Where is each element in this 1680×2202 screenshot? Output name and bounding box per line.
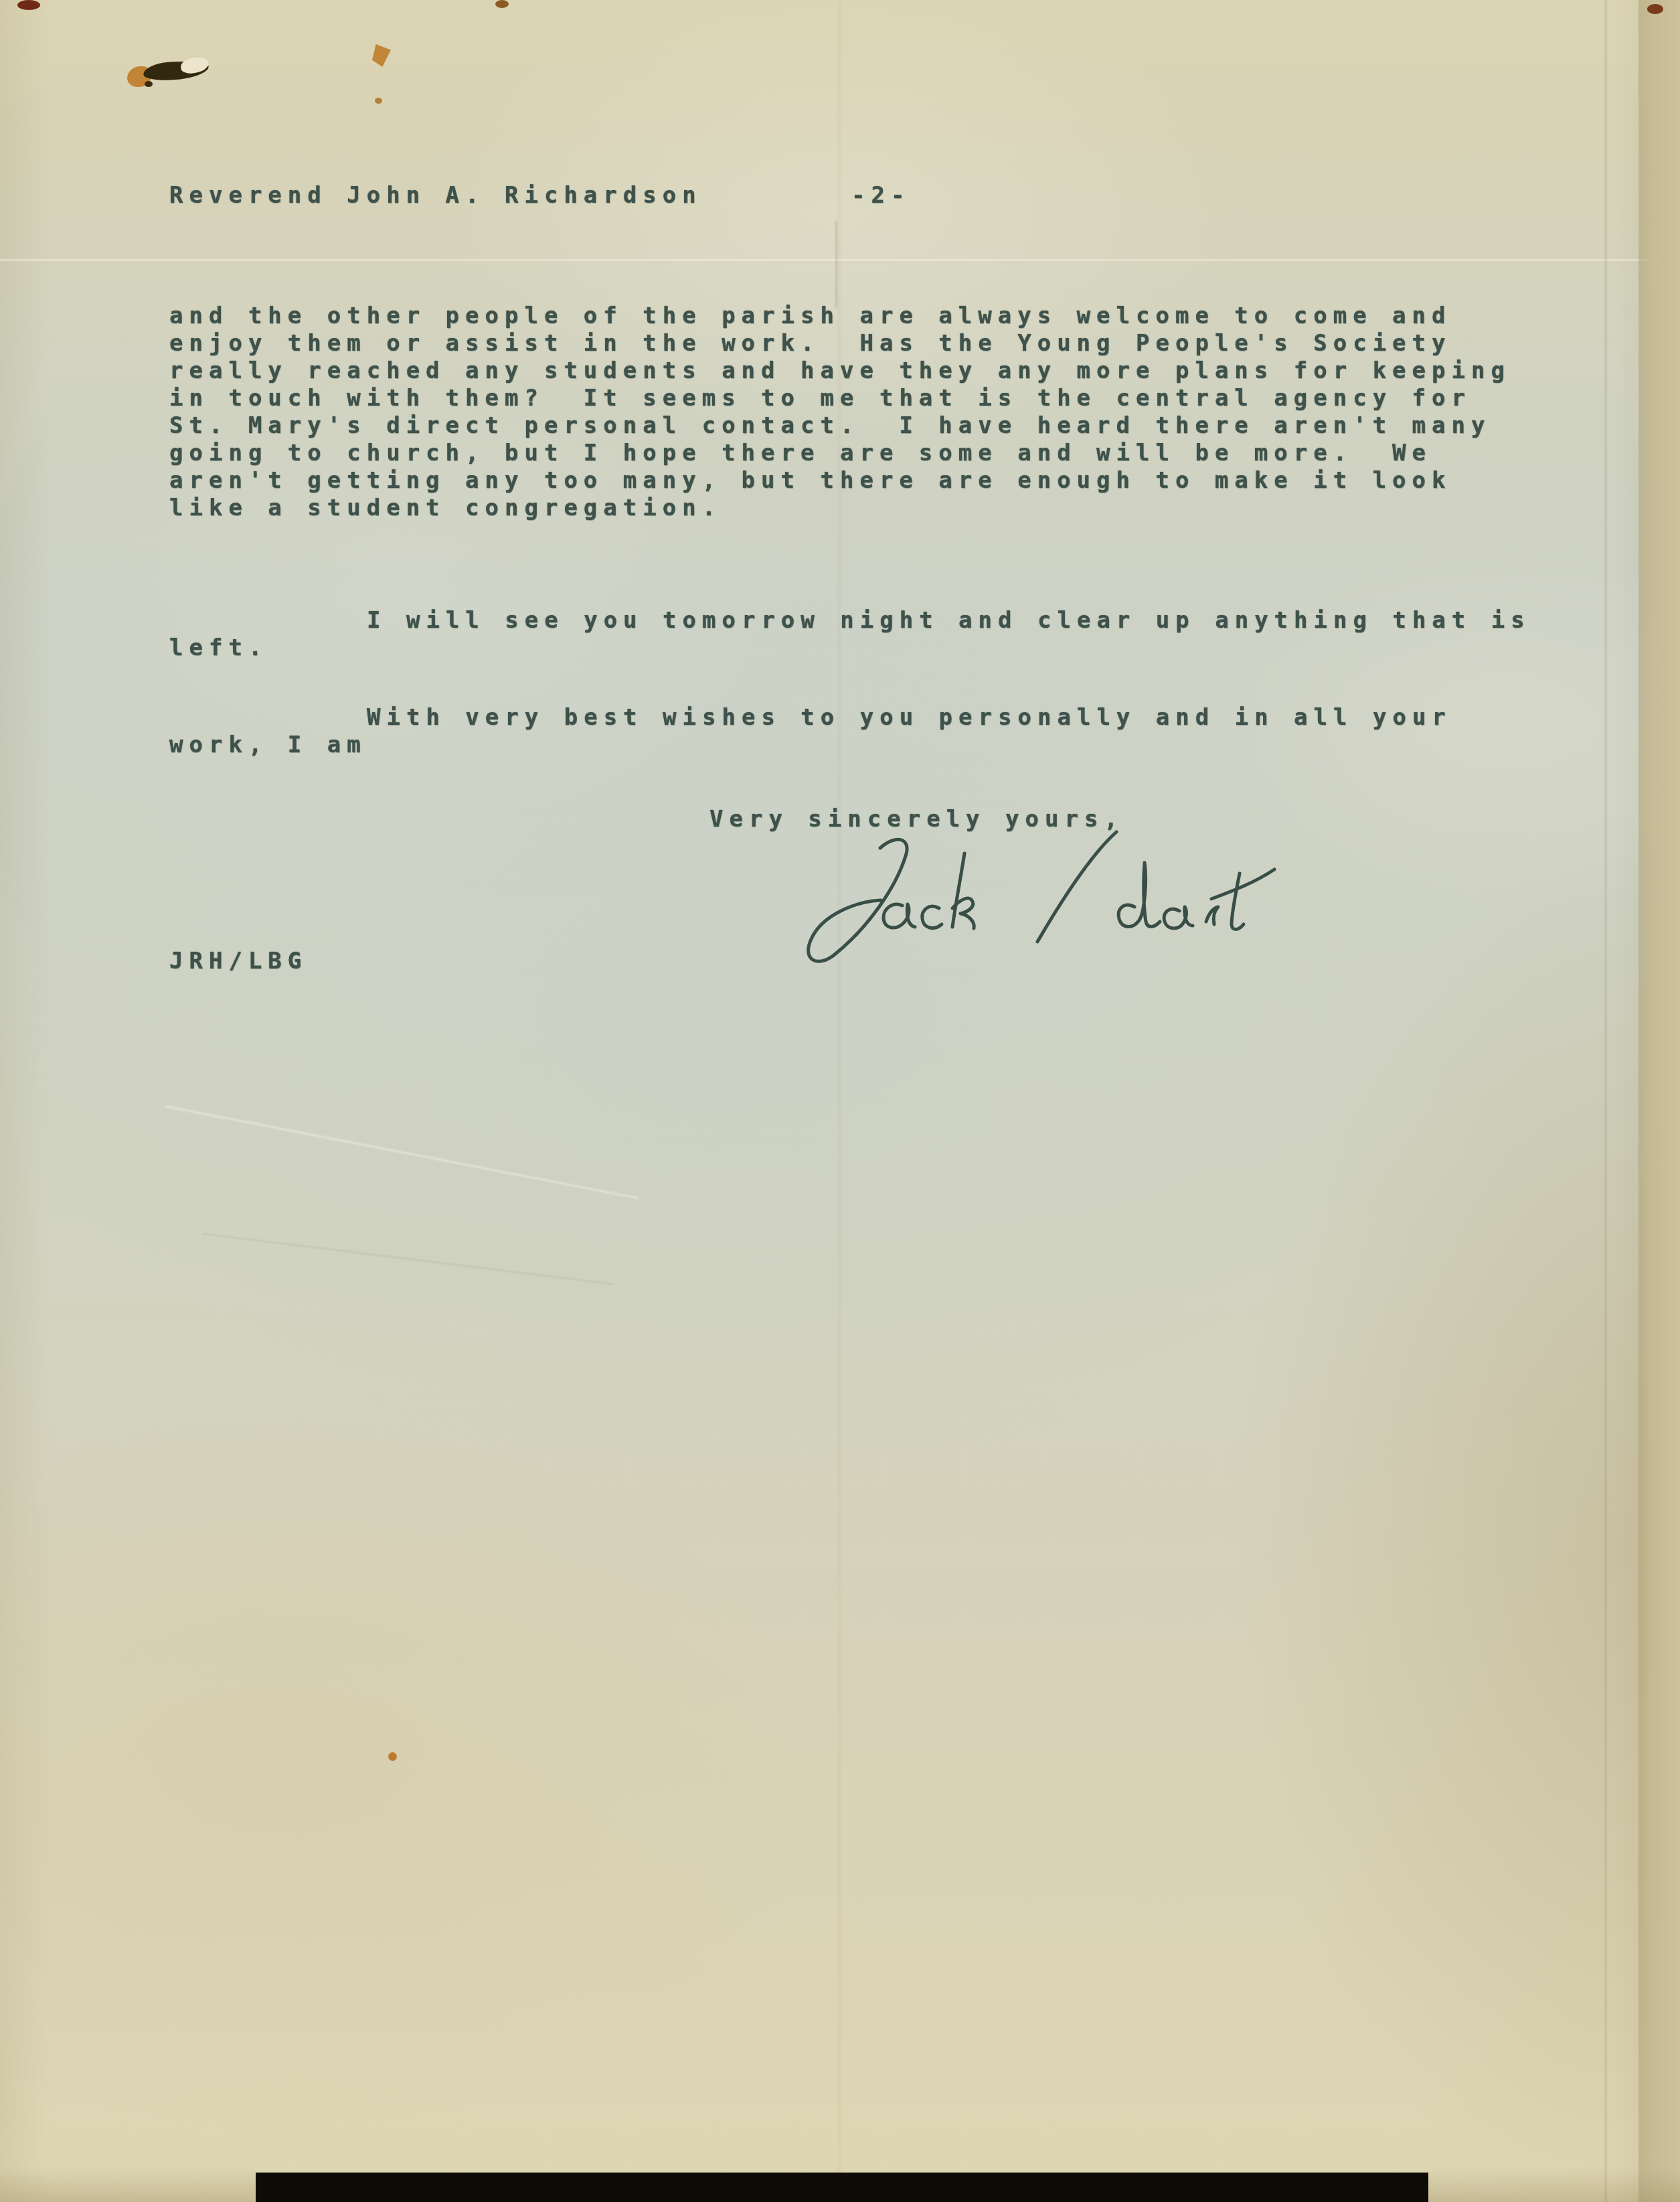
letter-line: and the other people of the parish are a… [169,303,1511,330]
letter-line: really reached any students and have the… [169,357,1511,385]
edge-speck [495,0,509,8]
handwritten-signature [743,827,1292,974]
letter-line: going to church, but I hope there are so… [169,440,1511,467]
header-recipient: Reverend John A. Richardson [169,182,702,209]
paragraph-1: and the other people of the parish are a… [169,303,1511,522]
bottom-left-shadow [0,2167,256,2202]
letter-page: Reverend John A. Richardson -2- and the … [0,0,1680,2202]
page-number: -2- [851,182,910,209]
paper-speck [375,98,382,104]
diagonal-crease [202,1233,614,1285]
fold-crease-vertical-right [1604,0,1608,2202]
paragraph-3: With very best wishes to you personally … [169,704,1452,759]
letter-line: St. Mary's direct personal contact. I ha… [169,412,1511,440]
letter-line: in touch with them? It seems to me that … [169,385,1511,412]
bottom-right-shadow [1428,2167,1680,2202]
paper-speck [388,1752,397,1761]
paper-chip-stain [372,44,391,67]
letter-line: aren't getting any too many, but there a… [169,467,1511,495]
typist-initials: JRH/LBG [169,948,307,975]
diagonal-crease [165,1105,638,1199]
tear-stain [145,81,153,87]
letter-line: With very best wishes to you personally … [169,704,1452,732]
letter-line: enjoy them or assist in the work. Has th… [169,330,1511,357]
page-right-edge [1639,0,1680,2202]
letter-line: I will see you tomorrow night and clear … [169,607,1531,634]
fold-crease-vertical-top [835,221,837,308]
edge-speck [17,0,40,10]
scan-bottom-strip [256,2173,1428,2202]
paragraph-2: I will see you tomorrow night and clear … [169,607,1531,662]
letter-line: work, I am [169,732,1452,759]
letter-line: like a student congregation. [169,495,1511,522]
letter-line: left. [169,634,1531,662]
edge-speck [1647,4,1663,14]
